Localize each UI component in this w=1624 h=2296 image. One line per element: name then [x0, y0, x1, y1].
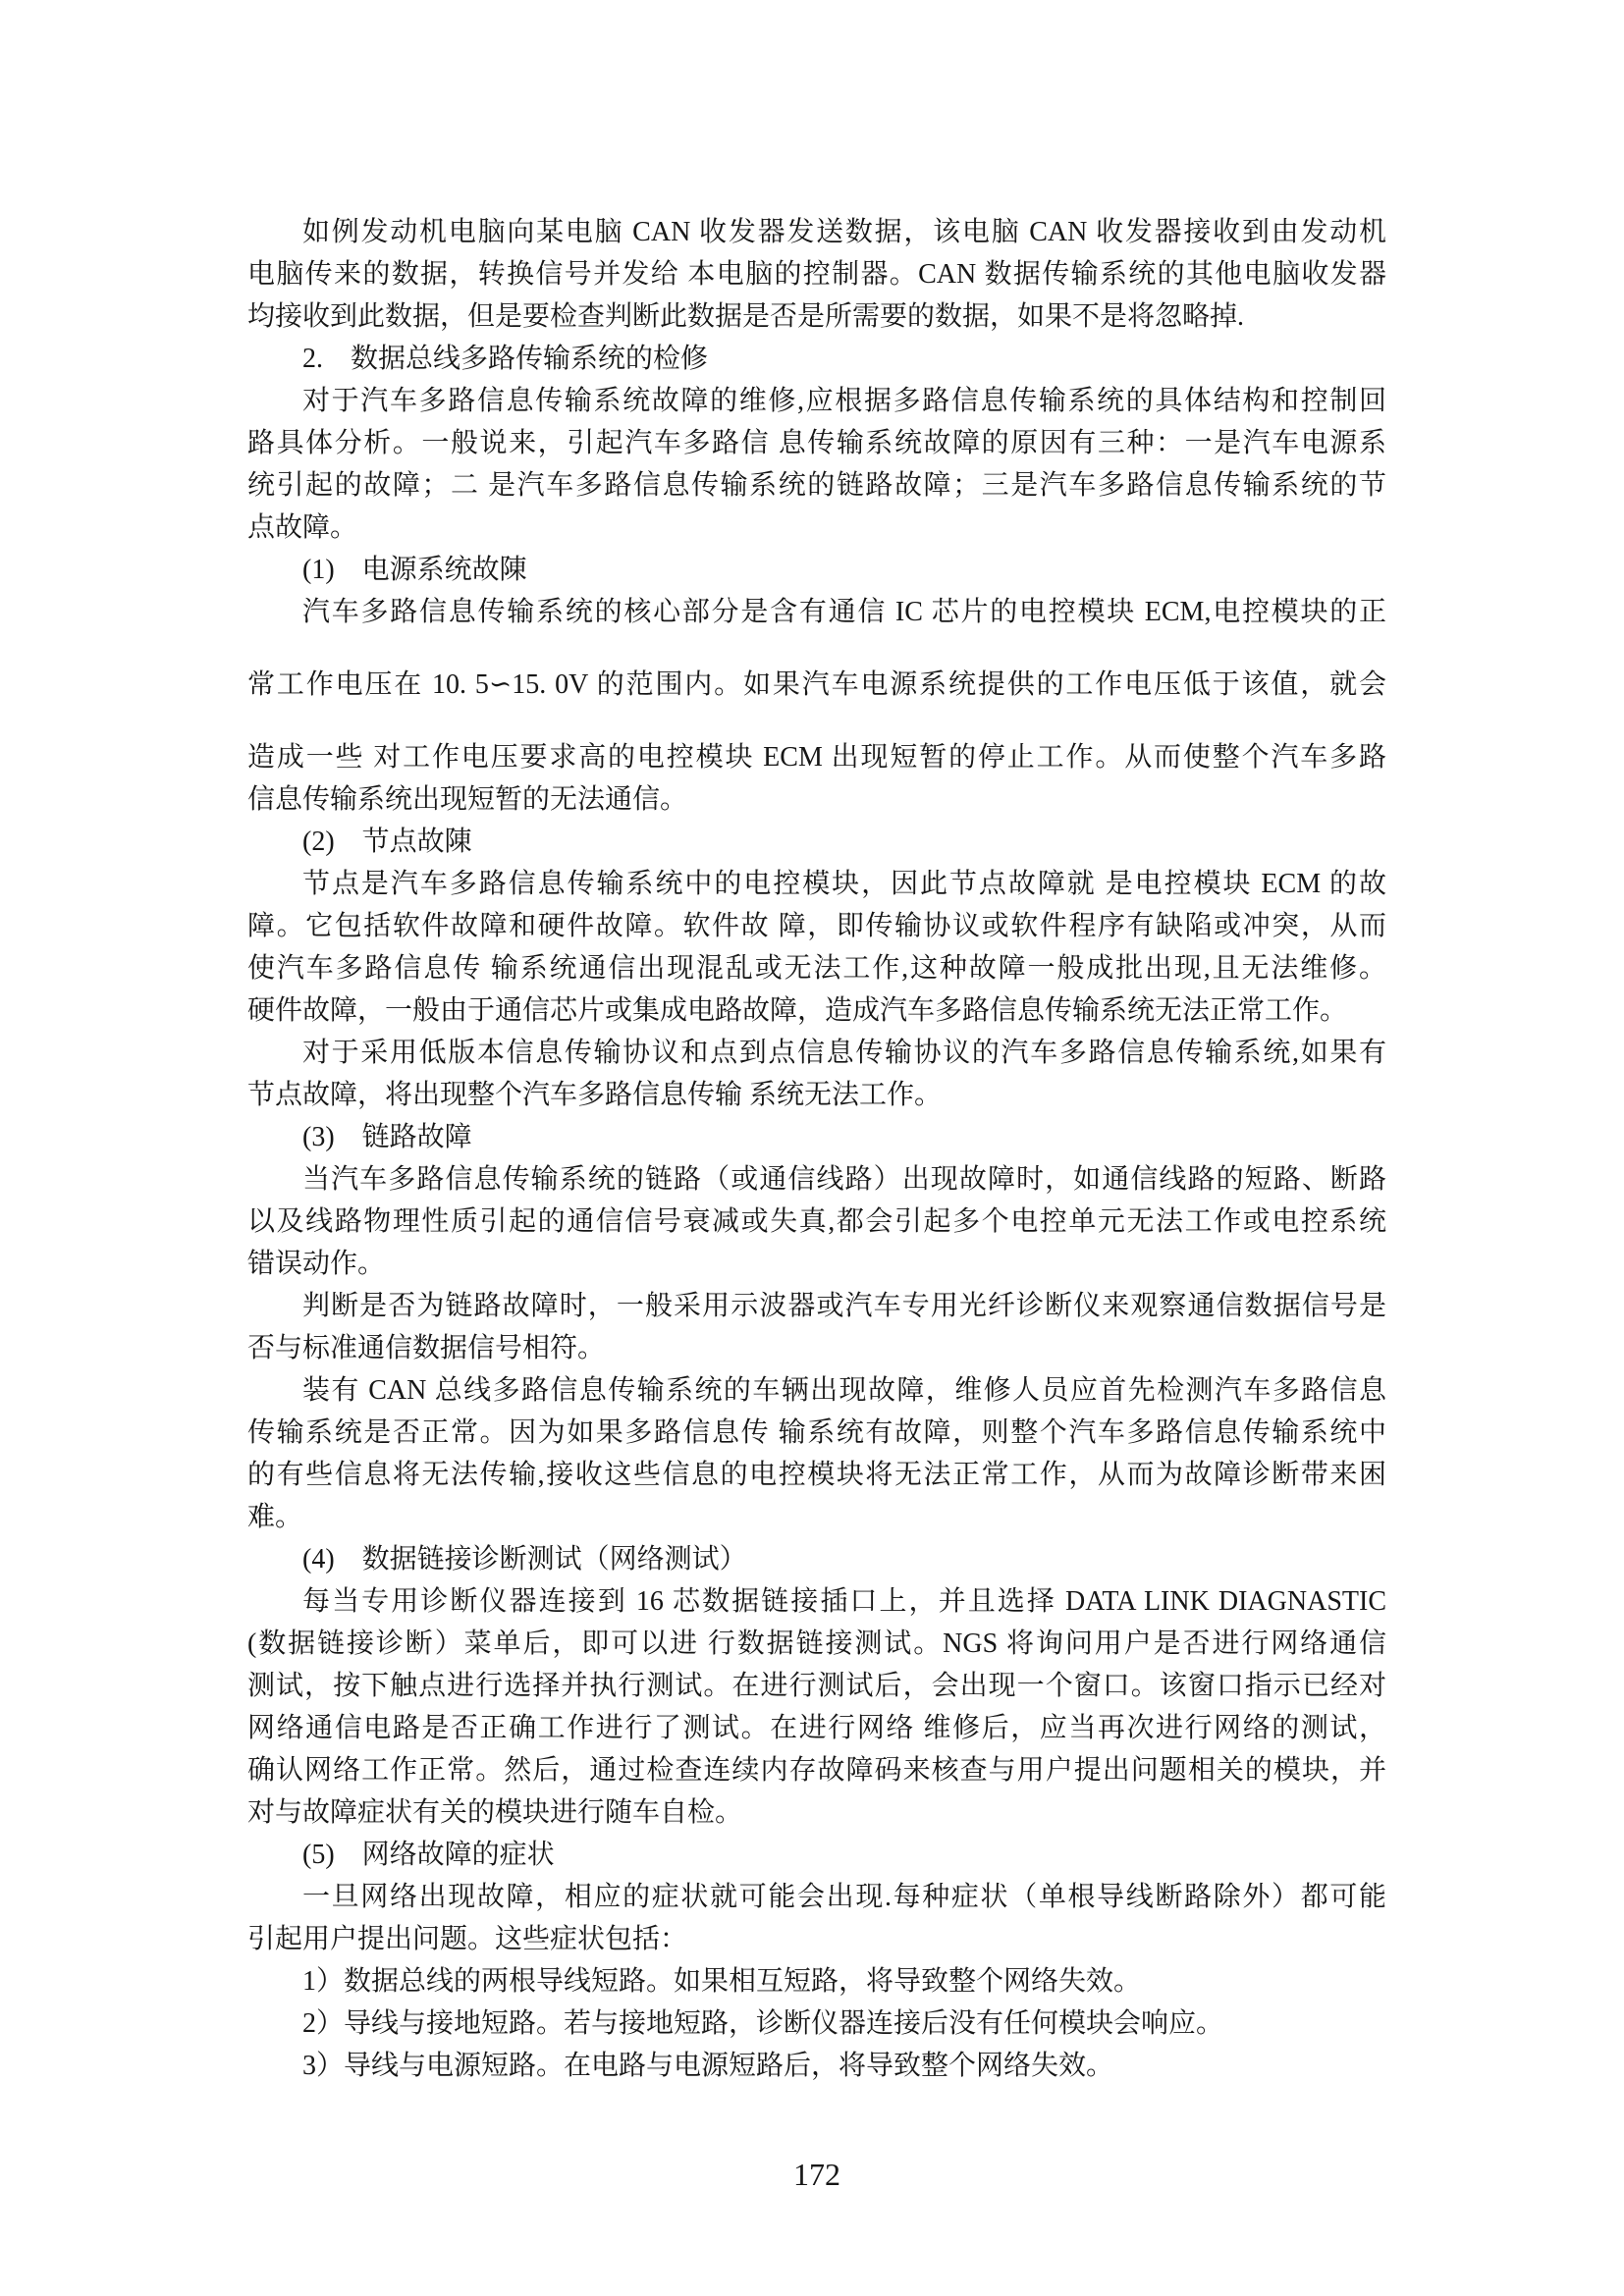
text-line: 电脑传来的数据，转换信号并发给 本电脑的控制器。CAN 数据传输系统的其他电脑收… [247, 253, 1386, 295]
heading-line: (5) 网络故障的症状 [247, 1834, 1386, 1876]
text-line: 造成一些 对工作电压要求高的电控模块 ECM 出现短暂的停止工作。从而使整个汽车… [247, 736, 1386, 778]
text-line: 确认网络工作正常。然后，通过检查连续内存故障码来核查与用户提出问题相关的模块，并 [247, 1749, 1386, 1791]
text-line: 装有 CAN 总线多路信息传输系统的车辆出现故障，维修人员应首先检测汽车多路信息 [247, 1369, 1386, 1412]
text-line: (数据链接诊断）菜单后，即可以进 行数据链接测试。NGS 将询问用户是否进行网络… [247, 1623, 1386, 1665]
text-line: 硬件故障，一般由于通信芯片或集成电路故障，造成汽车多路信息传输系统无法正常工作。 [247, 989, 1386, 1032]
text-line: 汽车多路信息传输系统的核心部分是含有通信 IC 芯片的电控模块 ECM,电控模块… [247, 591, 1386, 633]
text-line: 引起用户提出问题。这些症状包括： [247, 1918, 1386, 1960]
text-line: 节点故障，将出现整个汽车多路信息传输 系统无法工作。 [247, 1074, 1386, 1116]
text-line: 均接收到此数据，但是要检查判断此数据是否是所需要的数据，如果不是将忽略掉. [247, 295, 1386, 338]
text-line: 判断是否为链路故障时，一般采用示波器或汽车专用光纤诊断仪来观察通信数据信号是 [247, 1285, 1386, 1327]
text-line: 点故障。 [247, 507, 1386, 549]
heading-line: (2) 节点故陳 [247, 821, 1386, 863]
heading-line: (3) 链路故障 [247, 1116, 1386, 1158]
heading-line: (1) 电源系统故陳 [247, 549, 1386, 591]
text-line: 3）导线与电源短路。在电路与电源短路后，将导致整个网络失效。 [247, 2045, 1386, 2087]
text-line: 统引起的故障；二 是汽车多路信息传输系统的链路故障；三是汽车多路信息传输系统的节 [247, 464, 1386, 507]
text-line: 使汽车多路信息传 输系统通信出现混乱或无法工作,这种故障一般成批出现,且无法维修… [247, 947, 1386, 989]
text-line: 传输系统是否正常。因为如果多路信息传 输系统有故障，则整个汽车多路信息传输系统中 [247, 1412, 1386, 1454]
text-line: 2）导线与接地短路。若与接地短路，诊断仪器连接后没有任何模块会响应。 [247, 2002, 1386, 2045]
text-line: 节点是汽车多路信息传输系统中的电控模块，因此节点故障就 是电控模块 ECM 的故 [247, 863, 1386, 905]
text-block: 如例发动机电脑向某电脑 CAN 收发器发送数据，该电脑 CAN 收发器接收到由发… [247, 211, 1386, 2087]
text-line: 错误动作。 [247, 1243, 1386, 1285]
text-line: 以及线路物理性质引起的通信信号衰减或失真,都会引起多个电控单元无法工作或电控系统 [247, 1201, 1386, 1243]
text-line: 的有些信息将无法传输,接收这些信息的电控模块将无法正常工作，从而为故障诊断带来困 [247, 1454, 1386, 1496]
heading-line: (4) 数据链接诊断测试（网络测试） [247, 1538, 1386, 1580]
scanned-page: 如例发动机电脑向某电脑 CAN 收发器发送数据，该电脑 CAN 收发器接收到由发… [0, 0, 1624, 2296]
text-line: 网络通信电路是否正确工作进行了测试。在进行网络 维修后，应当再次进行网络的测试， [247, 1707, 1386, 1749]
text-line: 路具体分析。一般说来，引起汽车多路信 息传输系统故障的原因有三种：一是汽车电源系 [247, 422, 1386, 464]
heading-line: 2. 数据总线多路传输系统的检修 [247, 338, 1386, 380]
text-line: 信息传输系统出现短暂的无法通信。 [247, 778, 1386, 821]
text-line: 当汽车多路信息传输系统的链路（或通信线路）出现故障时，如通信线路的短路、断路 [247, 1158, 1386, 1201]
text-line: 1）数据总线的两根导线短路。如果相互短路，将导致整个网络失效。 [247, 1960, 1386, 2002]
text-line: 测试，按下触点进行选择并执行测试。在进行测试后，会出现一个窗口。该窗口指示已经对 [247, 1665, 1386, 1707]
text-line: 对于汽车多路信息传输系统故障的维修,应根据多路信息传输系统的具体结构和控制回 [247, 380, 1386, 422]
text-line: 难。 [247, 1496, 1386, 1538]
text-line: 常工作电压在 10. 5∽15. 0V 的范围内。如果汽车电源系统提供的工作电压… [247, 664, 1386, 706]
text-line: 一旦网络出现故障，相应的症状就可能会出现.每种症状（单根导线断路除外）都可能 [247, 1876, 1386, 1918]
page-number: 172 [247, 2155, 1386, 2194]
text-line: 如例发动机电脑向某电脑 CAN 收发器发送数据，该电脑 CAN 收发器接收到由发… [247, 211, 1386, 253]
document-page: { "document": { "background": "#ffffff",… [0, 0, 1624, 2296]
text-line: 每当专用诊断仪器连接到 16 芯数据链接插口上，并且选择 DATA LINK D… [247, 1580, 1386, 1623]
text-line: 对于采用低版本信息传输协议和点到点信息传输协议的汽车多路信息传输系统,如果有 [247, 1032, 1386, 1074]
text-line: 对与故障症状有关的模块进行随车自检。 [247, 1791, 1386, 1834]
text-line: 否与标准通信数据信号相符。 [247, 1327, 1386, 1369]
text-line: 障。它包括软件故障和硬件故障。软件故 障，即传输协议或软件程序有缺陷或冲突，从而 [247, 905, 1386, 947]
